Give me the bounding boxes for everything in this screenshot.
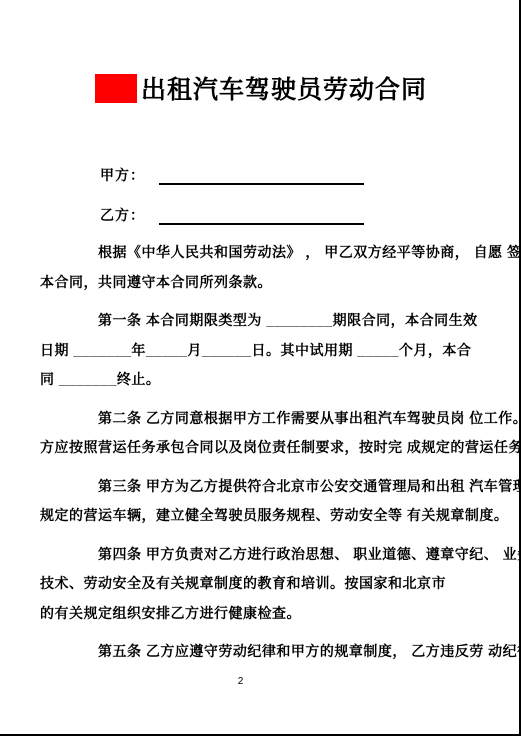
article-1-paragraph: 第一条 本合同期限类型为 ________期限合同，本合同生效 日期 _____… [40,306,488,395]
article-1-line: 同 _______终止。 [40,365,488,395]
party-a-row: 甲方： [100,165,364,185]
article-1-line: 第一条 本合同期限类型为 ________期限合同，本合同生效 [40,306,488,336]
article-4-paragraph: 第四条 甲方负责对乙方进行政治思想、 职业道德、遵章守纪、 业务 技术、劳动安全… [40,540,488,629]
document-title-row: 出租汽车驾驶员劳动合同 [95,70,427,106]
article-1-line: 日期 _______年_____月______日。其中试用期 _____个月，本… [40,336,488,366]
article-4-line: 技术、劳动安全及有关规章制度的教育和培训。按国家和北京市 [40,569,488,599]
article-3-paragraph: 第三条 甲方为乙方提供符合北京市公安交通管理局和出租 汽车管理局 规定的营运车辆… [40,472,488,531]
redaction-box [95,74,137,103]
article-5-paragraph: 第五条 乙方应遵守劳动纪律和甲方的规章制度， 乙方违反劳 动纪律 [40,637,488,667]
contract-document-page: 出租汽车驾驶员劳动合同 甲方： 乙方： 根据《中华人民共和国劳动法》 ， 甲乙双… [0,0,521,736]
article-2-line: 第二条 乙方同意根据甲方工作需要从事出租汽车驾驶员岗 位工作。乙 [40,404,488,434]
article-4-line: 第四条 甲方负责对乙方进行政治思想、 职业道德、遵章守纪、 业务 [40,540,488,570]
preamble-line: 根据《中华人民共和国劳动法》 ， 甲乙双方经平等协商， 自愿 签订 [40,238,488,268]
party-b-row: 乙方： [100,205,364,225]
article-3-line: 第三条 甲方为乙方提供符合北京市公安交通管理局和出租 汽车管理局 [40,472,488,502]
contract-body: 根据《中华人民共和国劳动法》 ， 甲乙双方经平等协商， 自愿 签订 本合同，共同… [40,238,488,676]
party-b-label: 乙方： [100,205,145,225]
preamble-line: 本合同，共同遵守本合同所列条款。 [40,268,488,298]
article-2-paragraph: 第二条 乙方同意根据甲方工作需要从事出租汽车驾驶员岗 位工作。乙 方应按照营运任… [40,404,488,463]
party-a-label: 甲方： [100,165,145,185]
document-title: 出租汽车驾驶员劳动合同 [141,70,427,106]
party-b-blank-line [159,210,364,225]
party-a-blank-line [159,170,364,185]
article-4-line: 的有关规定组织安排乙方进行健康检查。 [40,599,488,629]
preamble-paragraph: 根据《中华人民共和国劳动法》 ， 甲乙双方经平等协商， 自愿 签订 本合同，共同… [40,238,488,297]
article-5-line: 第五条 乙方应遵守劳动纪律和甲方的规章制度， 乙方违反劳 动纪律 [40,637,488,667]
article-2-line: 方应按照营运任务承包合同以及岗位责任制要求，按时完 成规定的营运任务。 [40,433,488,463]
page-number: 2 [0,676,481,687]
article-3-line: 规定的营运车辆，建立健全驾驶员服务规程、劳动安全等 有关规章制度。 [40,501,488,531]
